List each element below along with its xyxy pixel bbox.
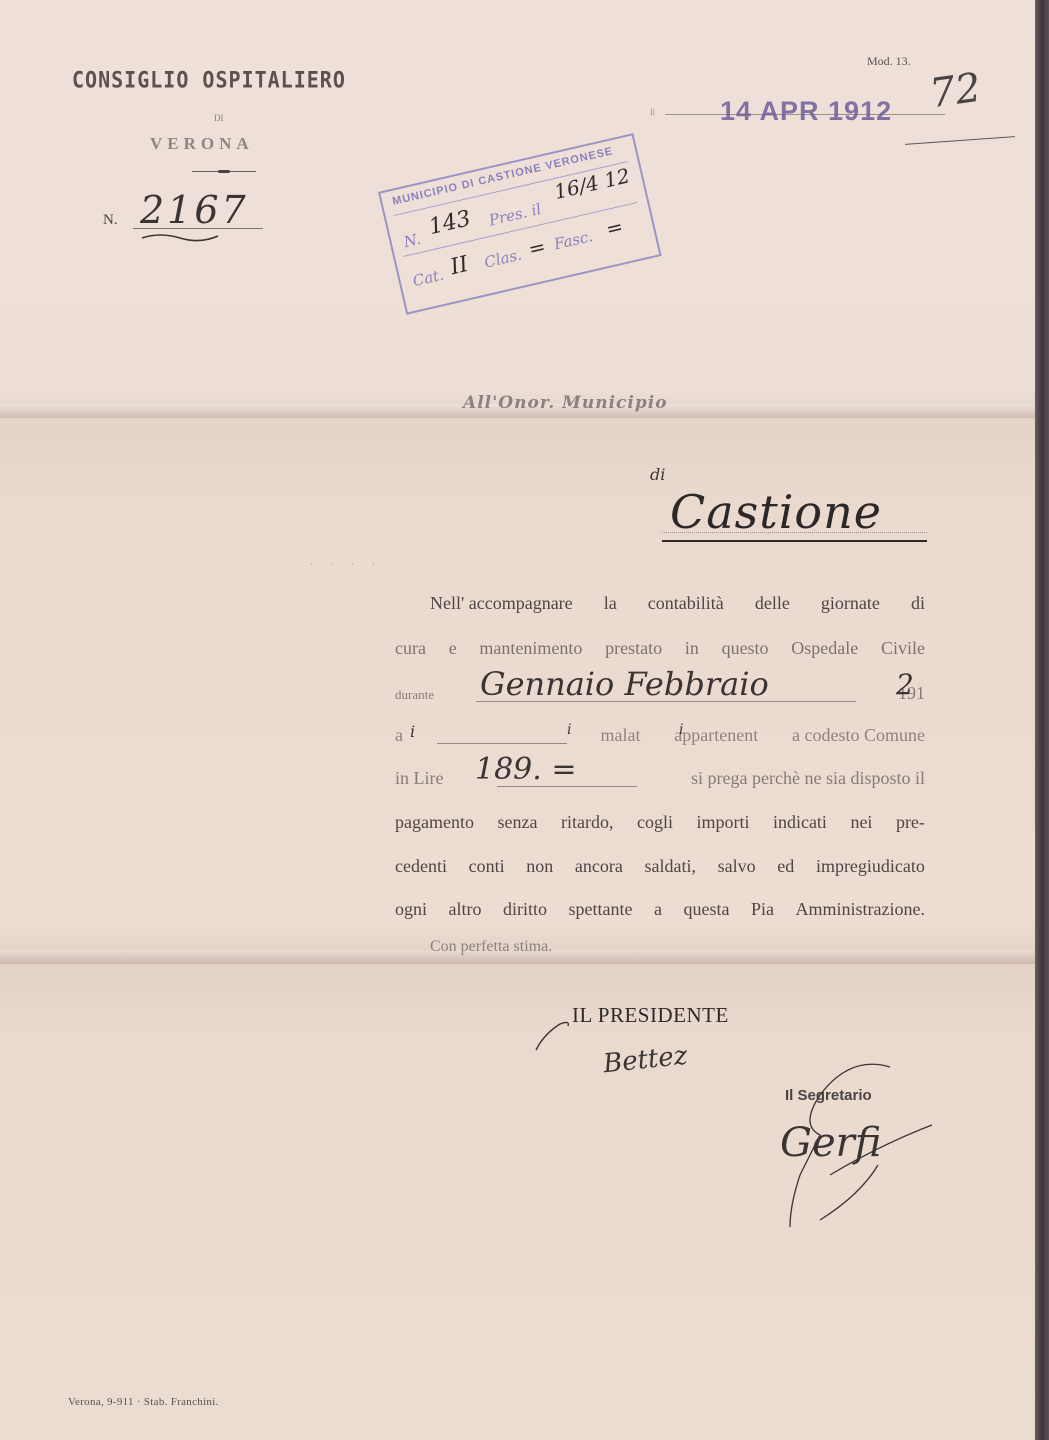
word: giornate xyxy=(821,593,880,614)
word: cogli xyxy=(637,812,673,833)
date-stamp: 14 APR 1912 xyxy=(720,96,892,127)
period-handwritten: Gennaio Febbraio xyxy=(480,665,769,703)
word: cedenti xyxy=(395,856,447,877)
word: appartenent xyxy=(674,725,758,746)
word: e xyxy=(449,638,457,659)
word: ogni xyxy=(395,899,427,920)
date-prefix: li xyxy=(650,107,655,117)
word: saldati, xyxy=(645,856,697,877)
body-line-1: Nell' accompagnare la contabilità delle … xyxy=(430,593,925,614)
reference-number-handwritten: 72 xyxy=(927,65,984,118)
word: impregiudicato xyxy=(816,856,925,877)
plural-mark-handwritten: i xyxy=(679,722,683,738)
institution-city: VERONA xyxy=(150,134,254,154)
word: non xyxy=(526,856,553,877)
word: mantenimento xyxy=(479,638,582,659)
word: Pia xyxy=(751,899,774,920)
recipient-dotted-line xyxy=(662,532,927,533)
word: altro xyxy=(449,899,482,920)
body-line-2: cura e mantenimento prestato in questo O… xyxy=(395,638,925,659)
word: senza xyxy=(497,812,537,833)
body-line-6: pagamento senza ritardo, cogli importi i… xyxy=(395,812,925,833)
word: a xyxy=(654,899,662,920)
institution-name: CONSIGLIO OSPITALIERO xyxy=(72,67,346,93)
word: malat xyxy=(601,725,641,746)
word: ritardo, xyxy=(561,812,613,833)
salutation: All'Onor. Municipio xyxy=(463,393,668,413)
body-line-7: cedenti conti non ancora saldati, salvo … xyxy=(395,856,925,877)
word: ed xyxy=(777,856,794,877)
word: questa xyxy=(684,899,730,920)
stamp-fasc-value: = xyxy=(604,214,626,241)
stamp-n-label: N. xyxy=(402,230,423,251)
count-handwritten: i xyxy=(410,722,415,741)
body-line-4: a malat appartenent a codesto Comune xyxy=(395,725,925,746)
recipient-underline xyxy=(662,540,927,542)
protocol-number-label: N. xyxy=(103,212,118,229)
stamp-clas-value: = xyxy=(526,234,548,261)
word: Amministrazione. xyxy=(796,899,925,920)
header-divider xyxy=(192,171,256,172)
word: Civile xyxy=(881,638,925,659)
word: conti xyxy=(469,856,505,877)
form-code: Mod. 13. xyxy=(867,54,911,69)
word: indicati xyxy=(773,812,827,833)
word: nei xyxy=(850,812,872,833)
word: salvo xyxy=(718,856,756,877)
word: pagamento xyxy=(395,812,474,833)
word: importi xyxy=(696,812,749,833)
institution-di: DI xyxy=(214,113,224,123)
word: Ospedale xyxy=(791,638,858,659)
period-label: durante xyxy=(395,683,434,704)
secretary-signature: Gerfi xyxy=(780,1120,881,1166)
president-label: IL PRESIDENTE xyxy=(572,1003,729,1028)
amount-handwritten: 189. = xyxy=(475,752,576,787)
protocol-number-underline xyxy=(133,228,263,229)
word: delle xyxy=(755,593,790,614)
word: a xyxy=(395,725,403,746)
word: diritto xyxy=(503,899,547,920)
plural-mark-handwritten: i xyxy=(567,722,571,738)
stamp-cat-value: II xyxy=(448,252,471,280)
word: pre- xyxy=(896,812,925,833)
word: la xyxy=(604,593,617,614)
scan-edge xyxy=(1035,0,1049,1440)
protocol-number-handwritten: 2167 xyxy=(140,188,249,232)
ink-specks: · · · · xyxy=(310,560,383,569)
pen-flourish-icon xyxy=(534,1016,574,1052)
word: di xyxy=(911,593,925,614)
stamp-fasc-label: Fasc. xyxy=(552,227,594,253)
stamp-n-value: 143 xyxy=(427,206,474,240)
word: ancora xyxy=(575,856,623,877)
word: in xyxy=(685,638,699,659)
body-line-8: ogni altro diritto spettante a questa Pi… xyxy=(395,899,925,920)
word: contabilità xyxy=(648,593,724,614)
year-suffix-handwritten: 2 xyxy=(896,668,914,701)
flourish-icon xyxy=(140,232,220,244)
stamp-cat-label: Cat. xyxy=(411,266,445,291)
word: si prega perchè ne sia disposto il xyxy=(691,768,925,789)
recipient-di-label: di xyxy=(650,465,665,484)
closing-phrase: Con perfetta stima. xyxy=(430,938,552,956)
printer-imprint: Verona, 9-911 · Stab. Franchini. xyxy=(68,1396,219,1408)
word: spettante xyxy=(569,899,633,920)
word: in Lire xyxy=(395,768,443,789)
word: questo xyxy=(722,638,769,659)
word: cura xyxy=(395,638,426,659)
word: a codesto Comune xyxy=(792,725,925,746)
word: prestato xyxy=(605,638,662,659)
stamp-clas-label: Clas. xyxy=(483,246,524,272)
recipient-handwritten: Castione xyxy=(670,485,882,539)
word: Nell' accompagnare xyxy=(430,593,573,614)
count-fill-line xyxy=(437,725,567,744)
